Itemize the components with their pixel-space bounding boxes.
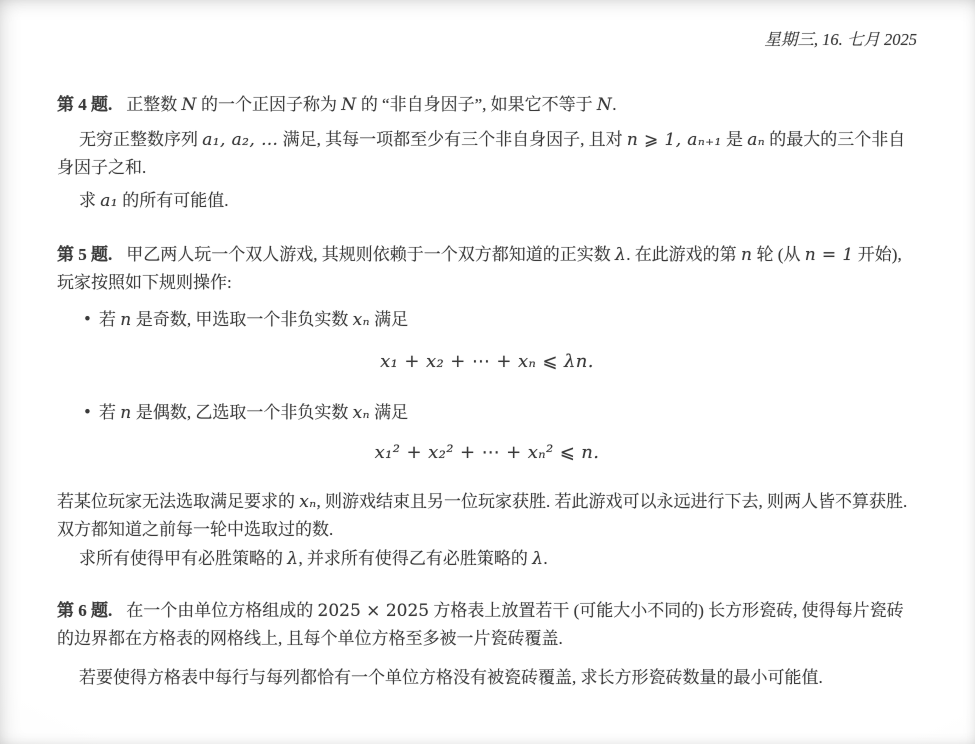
- problem-5-rule-odd: • 若 n 是奇数, 甲选取一个非负实数 xₙ 满足: [57, 306, 917, 334]
- text-segment: n = 1: [805, 245, 854, 265]
- text-segment: 在一个由单位方格组成的: [126, 601, 317, 620]
- problem-5-ending-rules: 若某位玩家无法选取满足要求的 xₙ, 则游戏结束且另一位玩家获胜. 若此游戏可以…: [57, 488, 917, 543]
- text-segment: λ: [287, 549, 298, 569]
- text-segment: 满足: [370, 403, 408, 422]
- text-segment: 2025 × 2025: [318, 601, 430, 621]
- text-segment: 第 5 题.: [57, 245, 112, 264]
- bullet-icon: •: [83, 399, 99, 426]
- date-header: 星期三, 16. 七月 2025: [57, 26, 917, 53]
- text-segment: xₙ: [353, 310, 370, 330]
- problem-4-question: 求 a₁ 的所有可能值.: [57, 187, 917, 215]
- text-segment: xₙ: [353, 403, 370, 423]
- text-segment: N: [597, 95, 612, 115]
- text-segment: 求: [79, 191, 100, 210]
- document-page: 星期三, 16. 七月 2025 第 4 题.正整数 N 的一个正因子称为 N …: [0, 0, 975, 744]
- text-segment: 第 6 题.: [57, 601, 112, 620]
- text-segment: 的一个正因子称为: [197, 95, 342, 114]
- text-segment: 第 4 题.: [57, 95, 112, 114]
- bullet-icon: •: [83, 306, 99, 333]
- text-segment: 求所有使得甲有必胜策略的: [79, 549, 287, 568]
- text-segment: 若: [99, 310, 120, 329]
- text-segment: , 并求所有使得乙有必胜策略的: [298, 549, 532, 568]
- text-segment: λ: [532, 549, 543, 569]
- text-segment: N: [341, 95, 356, 115]
- text-segment: 轮 (从: [752, 245, 804, 264]
- text-segment: .: [612, 95, 616, 114]
- problem-5-rule-odd-text: 若 n 是奇数, 甲选取一个非负实数 xₙ 满足: [99, 306, 917, 334]
- problem-6-question: 若要使得方格表中每行与每列都恰有一个单位方格没有被瓷砖覆盖, 求长方形瓷砖数量的…: [57, 664, 917, 691]
- problem-5-heading: 第 5 题.甲乙两人玩一个双人游戏, 其规则依赖于一个双方都知道的正实数 λ. …: [57, 241, 917, 296]
- text-segment: 是: [722, 130, 748, 149]
- problem-5-rule-even-text: 若 n 是偶数, 乙选取一个非负实数 xₙ 满足: [99, 399, 917, 427]
- problem-4-heading: 第 4 题.正整数 N 的一个正因子称为 N 的 “非自身因子”, 如果它不等于…: [57, 91, 917, 119]
- text-segment: 是奇数, 甲选取一个非负实数: [132, 310, 353, 329]
- problem-4-statement: 无穷正整数序列 a₁, a₂, … 满足, 其每一项都至少有三个非自身因子, 且…: [57, 126, 917, 181]
- text-segment: 满足, 其每一项都至少有三个非自身因子, 且对: [278, 130, 627, 149]
- problem-5-question: 求所有使得甲有必胜策略的 λ, 并求所有使得乙有必胜策略的 λ.: [57, 545, 917, 573]
- text-segment: 无穷正整数序列: [79, 130, 202, 149]
- text-segment: x₁ + x₂ + ⋯ + xₙ ⩽ λn.: [380, 351, 594, 372]
- text-segment: aₙ: [747, 130, 765, 150]
- problem-5-formula-squares: x₁² + x₂² + ⋯ + xₙ² ⩽ n.: [57, 439, 917, 466]
- text-segment: a₁, a₂, …: [202, 130, 278, 150]
- problem-6-heading: 第 6 题.在一个由单位方格组成的 2025 × 2025 方格表上放置若干 (…: [57, 597, 917, 652]
- text-segment: 若某位玩家无法选取满足要求的: [57, 492, 299, 511]
- text-segment: 正整数: [126, 95, 181, 114]
- problem-5-formula-sum: x₁ + x₂ + ⋯ + xₙ ⩽ λn.: [57, 348, 917, 375]
- text-segment: N: [182, 95, 197, 115]
- text-segment: 若要使得方格表中每行与每列都恰有一个单位方格没有被瓷砖覆盖, 求长方形瓷砖数量的…: [79, 668, 823, 687]
- problem-5-rule-even: • 若 n 是偶数, 乙选取一个非负实数 xₙ 满足: [57, 399, 917, 427]
- text-segment: a₁: [100, 191, 118, 211]
- text-segment: 是偶数, 乙选取一个非负实数: [132, 403, 353, 422]
- text-segment: xₙ: [299, 492, 316, 512]
- text-segment: x₁² + x₂² + ⋯ + xₙ² ⩽ n.: [375, 442, 600, 463]
- text-segment: 满足: [370, 310, 408, 329]
- text-segment: 甲乙两人玩一个双人游戏, 其规则依赖于一个双方都知道的正实数: [126, 245, 615, 264]
- text-segment: .: [543, 549, 547, 568]
- text-segment: n: [120, 310, 131, 330]
- text-segment: 的 “非自身因子”, 如果它不等于: [357, 95, 597, 114]
- text-segment: n ⩾ 1, aₙ₊₁: [627, 130, 722, 150]
- text-segment: n: [120, 403, 131, 423]
- text-segment: 的所有可能值.: [118, 191, 229, 210]
- page-content: 星期三, 16. 七月 2025 第 4 题.正整数 N 的一个正因子称为 N …: [57, 0, 917, 691]
- text-segment: n: [741, 245, 752, 265]
- text-segment: 若: [99, 403, 120, 422]
- text-segment: λ: [615, 245, 626, 265]
- text-segment: . 在此游戏的第: [626, 245, 741, 264]
